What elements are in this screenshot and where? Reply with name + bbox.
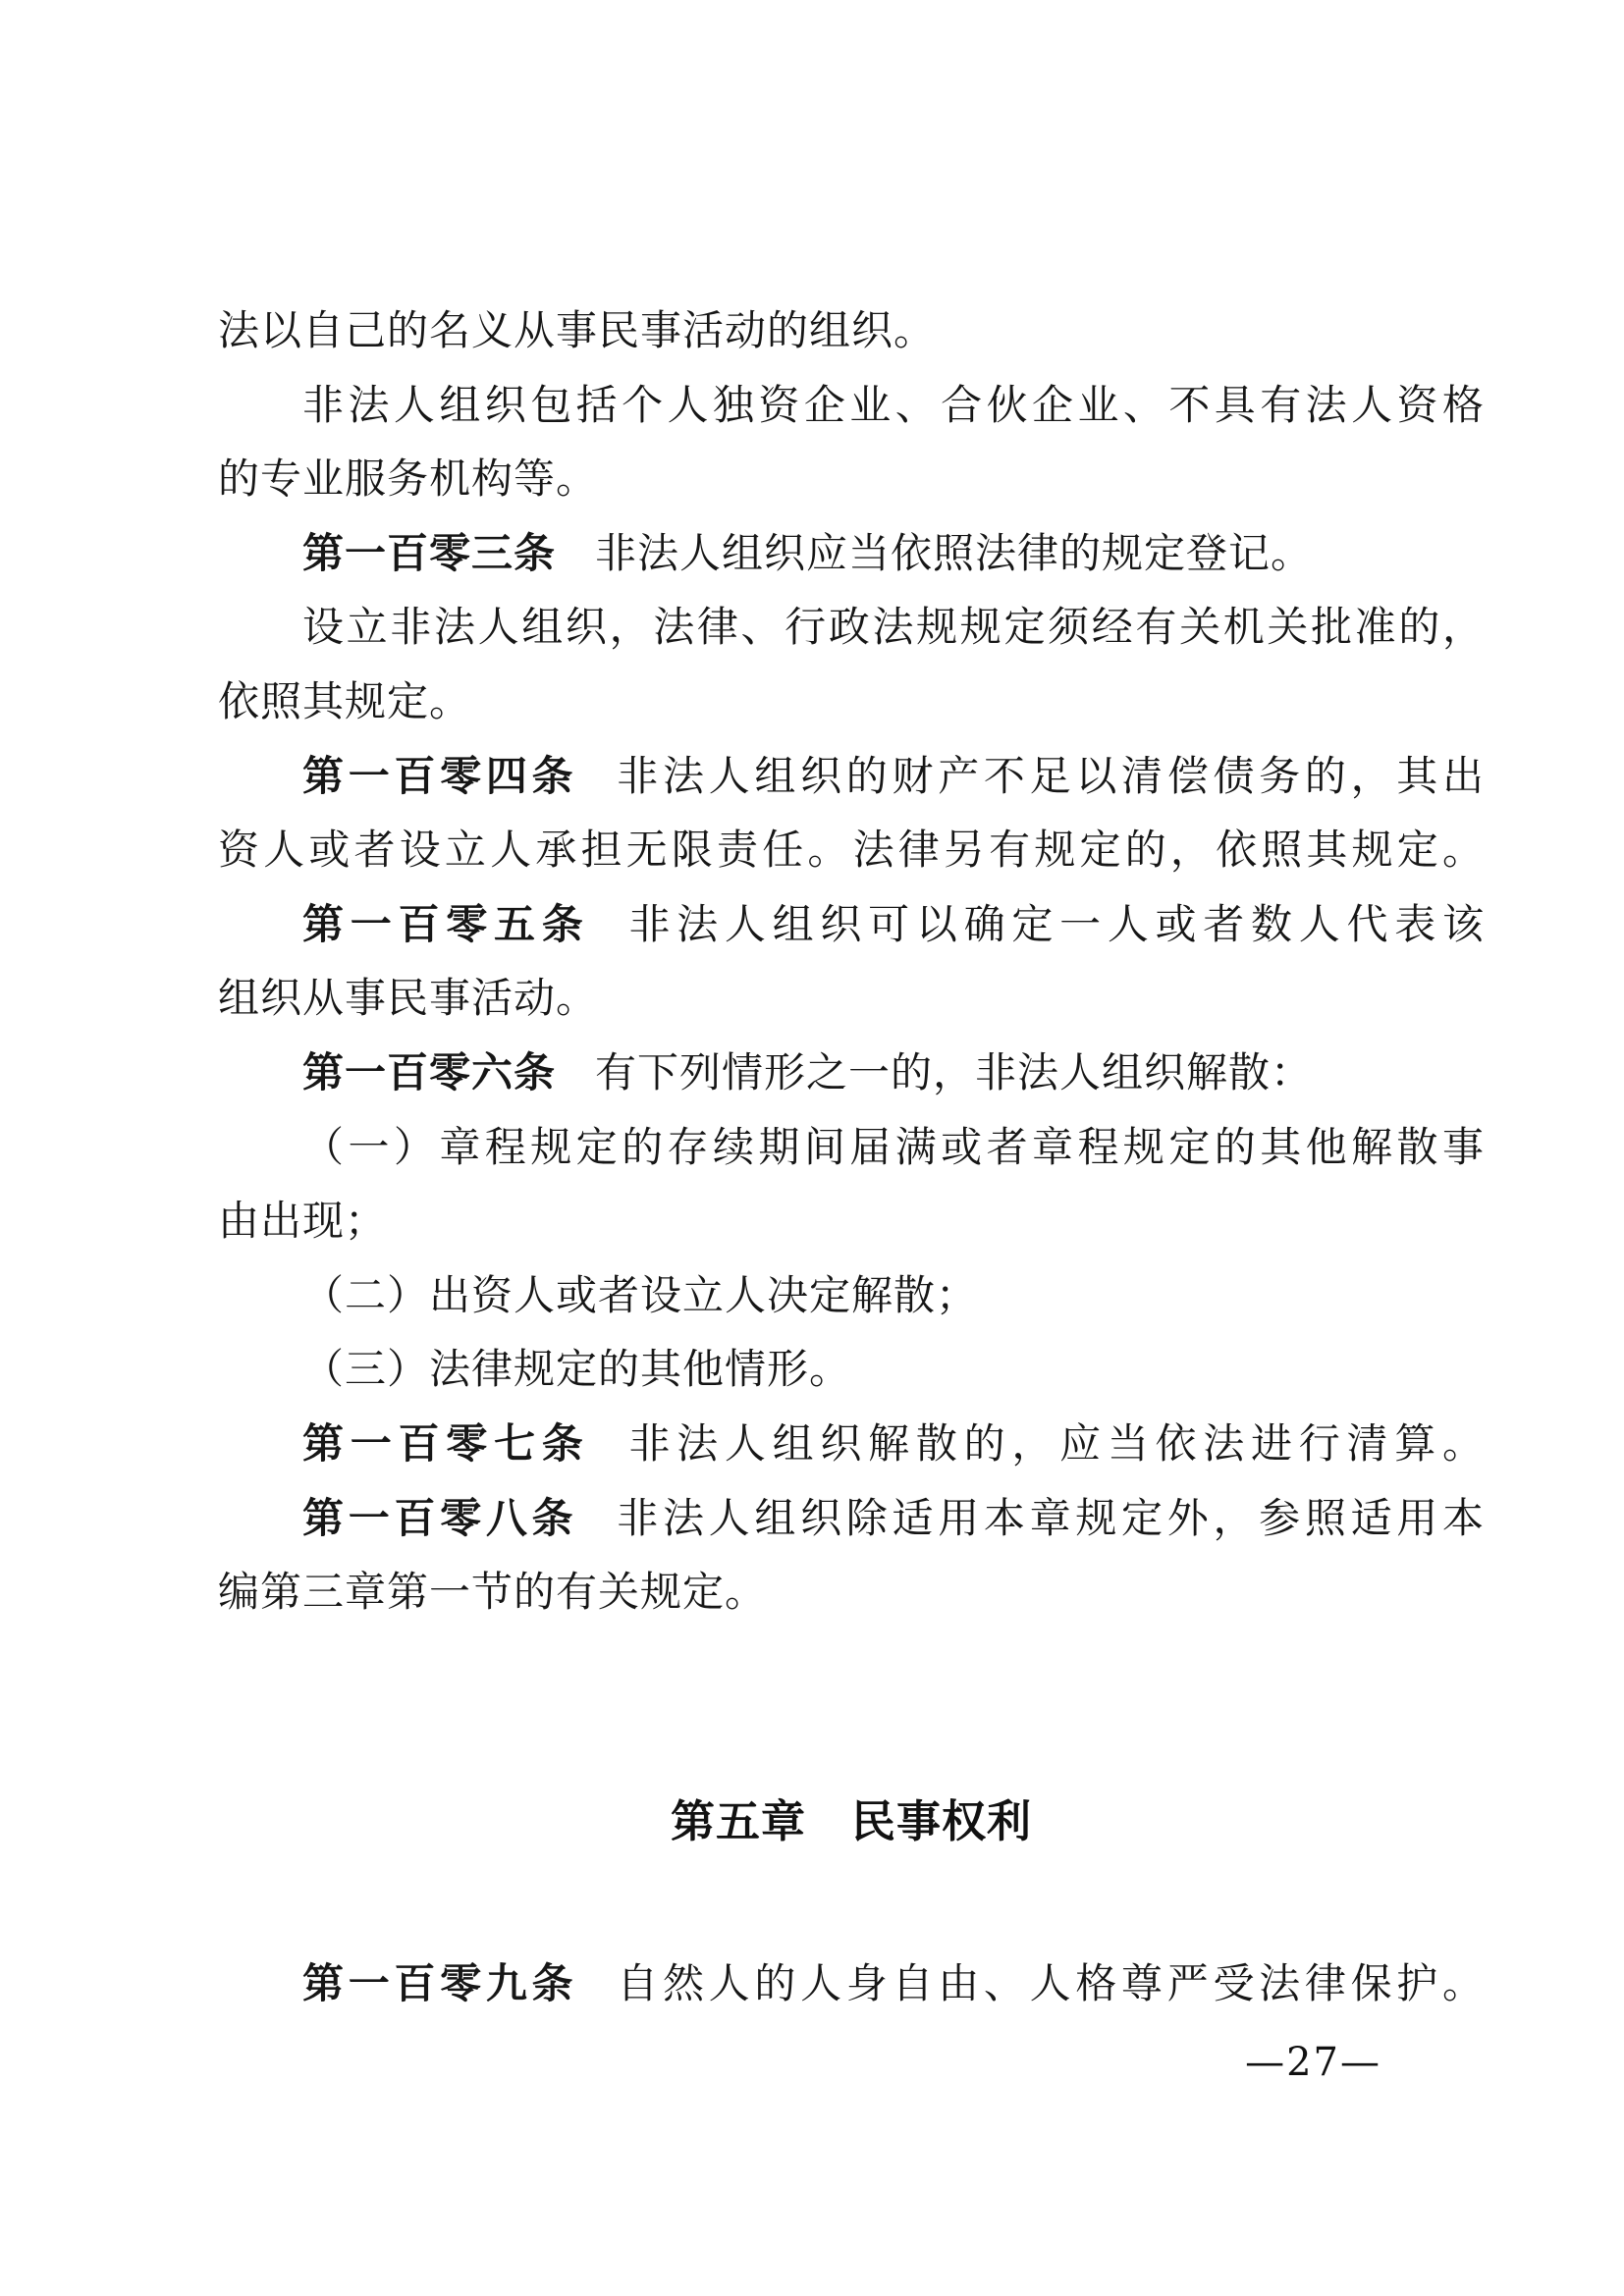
document-text-block: 法以自己的名义从事民事活动的组织。 非法人组织包括个人独资企业、合伙企业、不具有… [218, 294, 1485, 2020]
doc-line: 资人或者设立人承担无限责任。法律另有规定的，依照其规定。 [218, 813, 1485, 887]
article-number: 第一百零九条 [302, 1959, 577, 2007]
doc-line: 非法人组织包括个人独资企业、合伙企业、不具有法人资格 [218, 368, 1485, 443]
line-text: 依照其规定。 [218, 677, 471, 725]
line-text: 法以自己的名义从事民事活动的组织。 [218, 306, 936, 354]
line-text: 组织从事民事活动。 [218, 974, 598, 1022]
doc-line: 组织从事民事活动。 [218, 961, 1485, 1036]
line-text: 编第三章第一节的有关规定。 [218, 1568, 767, 1616]
doc-line: 法以自己的名义从事民事活动的组织。 [218, 294, 1485, 368]
doc-line: 第一百零五条非法人组织可以确定一人或者数人代表该 [218, 887, 1485, 962]
doc-line: 的专业服务机构等。 [218, 442, 1485, 516]
doc-line: 第一百零七条非法人组织解散的，应当依法进行清算。 [218, 1407, 1485, 1481]
doc-line: 第一百零九条自然人的人身自由、人格尊严受法律保护。 [218, 1947, 1485, 2021]
doc-line: （三）法律规定的其他情形。 [218, 1332, 1485, 1407]
article-number: 第一百零五条 [302, 900, 589, 948]
line-text: 的专业服务机构等。 [218, 454, 598, 503]
chapter-heading: 第五章 民事权利 [218, 1785, 1485, 1858]
doc-line: 依照其规定。 [218, 665, 1485, 739]
line-text: 非法人组织解散的，应当依法进行清算。 [628, 1419, 1485, 1468]
doc-line: 由出现； [218, 1184, 1485, 1258]
doc-line: 第一百零六条有下列情形之一的，非法人组织解散： [218, 1036, 1485, 1110]
doc-line: 设立非法人组织，法律、行政法规规定须经有关机关批准的， [218, 590, 1485, 665]
article-number: 第一百零六条 [302, 1048, 556, 1096]
article-number: 第一百零七条 [302, 1419, 589, 1468]
doc-line: （一）章程规定的存续期间届满或者章程规定的其他解散事 [218, 1110, 1485, 1185]
line-text: 有下列情形之一的，非法人组织解散： [595, 1048, 1313, 1096]
line-text: 非法人组织包括个人独资企业、合伙企业、不具有法人资格 [302, 381, 1485, 429]
doc-line: （二）出资人或者设立人决定解散； [218, 1258, 1485, 1333]
doc-line: 第一百零八条非法人组织除适用本章规定外，参照适用本 [218, 1481, 1485, 1556]
line-text: 非法人组织可以确定一人或者数人代表该 [628, 900, 1485, 948]
page-number: —27— [1245, 2040, 1381, 2085]
line-text: （三）法律规定的其他情形。 [302, 1345, 851, 1393]
line-text: 资人或者设立人承担无限责任。法律另有规定的，依照其规定。 [218, 826, 1485, 874]
document-page: 法以自己的名义从事民事活动的组织。 非法人组织包括个人独资企业、合伙企业、不具有… [0, 0, 1624, 2296]
line-text: 非法人组织应当依照法律的规定登记。 [595, 529, 1313, 577]
line-text: 由出现； [218, 1197, 387, 1245]
line-text: （一）章程规定的存续期间届满或者章程规定的其他解散事 [302, 1123, 1485, 1171]
article-number: 第一百零八条 [302, 1494, 577, 1542]
article-number: 第一百零三条 [302, 529, 556, 577]
article-number: 第一百零四条 [302, 752, 577, 800]
line-text: （二）出资人或者设立人决定解散； [302, 1271, 978, 1319]
doc-line: 第一百零三条非法人组织应当依照法律的规定登记。 [218, 516, 1485, 591]
doc-line: 第一百零四条非法人组织的财产不足以清偿债务的，其出 [218, 739, 1485, 814]
line-text: 非法人组织除适用本章规定外，参照适用本 [617, 1494, 1485, 1542]
line-text: 非法人组织的财产不足以清偿债务的，其出 [617, 752, 1485, 800]
line-text: 设立非法人组织，法律、行政法规规定须经有关机关批准的， [302, 603, 1485, 651]
line-text: 自然人的人身自由、人格尊严受法律保护。 [617, 1959, 1485, 2007]
doc-line: 编第三章第一节的有关规定。 [218, 1555, 1485, 1629]
